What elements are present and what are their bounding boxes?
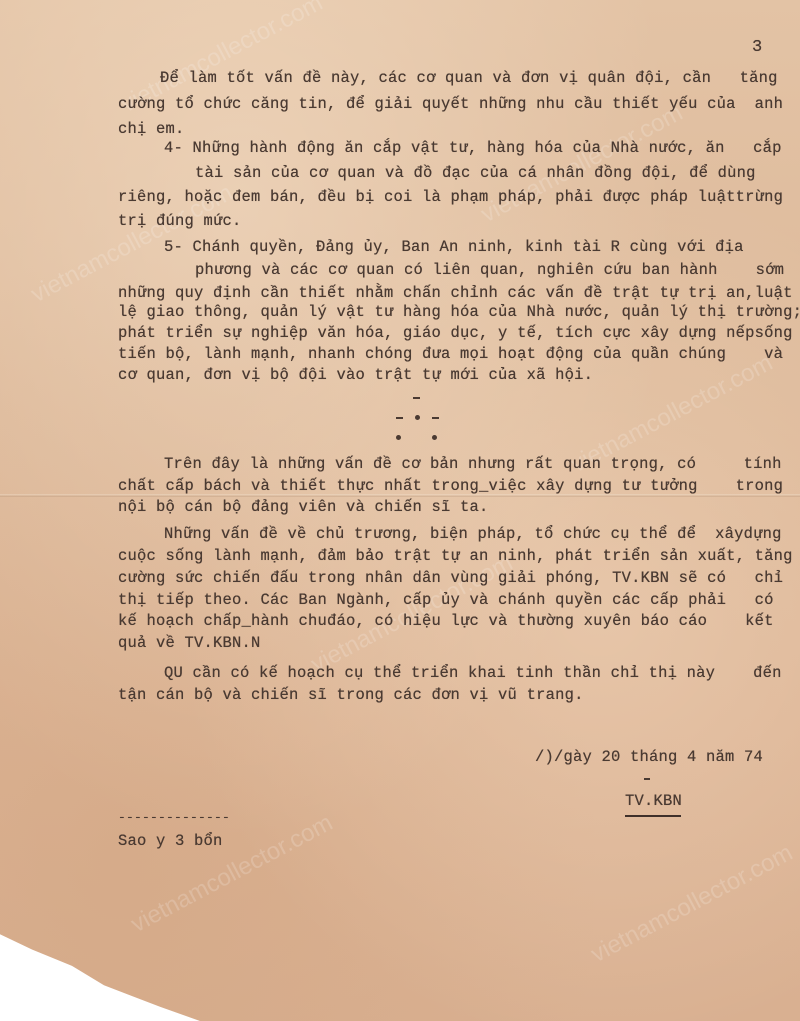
text-line: phát triển sự nghiệp văn hóa, giáo dục, …: [118, 324, 793, 342]
text-line: cường sức chiến đấu trong nhân dân vùng …: [118, 569, 783, 587]
text-line: QU cần có kế hoạch cụ thể triển khai tin…: [164, 664, 782, 682]
text-line: tài sản của cơ quan và đồ đạc của cá nhâ…: [195, 164, 756, 182]
text-line: cơ quan, đơn vị bộ đội vào trật tự mới c…: [118, 366, 593, 384]
dash-separator: --------------: [118, 810, 230, 825]
copy-note: Sao y 3 bổn: [118, 832, 223, 850]
signatory: TV.KBN: [625, 792, 682, 810]
text-line: lệ giao thông, quản lý vật tư hàng hóa c…: [118, 303, 800, 321]
paragraph-directive: QU cần có kế hoạch cụ thể triển khai tin…: [0, 0, 19, 54]
text-line: trị đúng mức.: [118, 212, 242, 230]
text-line: quả về TV.KBN.N: [118, 634, 261, 652]
text-line: 5- Chánh quyền, Đảng ủy, Ban An ninh, ki…: [164, 238, 744, 256]
text-line: kế hoạch chấp_hành chuđáo, có hiệu lực v…: [118, 612, 774, 630]
text-line: tận cán bộ và chiến sĩ trong các đơn vị …: [118, 686, 584, 704]
date-line: /)/gày 20 tháng 4 năm 74: [535, 748, 763, 766]
text-line: chị em.: [118, 120, 185, 138]
text-line: cường tổ chức căng tin, để giải quyết nh…: [118, 95, 783, 113]
text-line: 4- Những hành động ăn cắp vật tư, hàng h…: [164, 139, 782, 157]
text-line: nội bộ cán bộ đảng viên và chiến sĩ ta.: [118, 498, 489, 516]
text-line: những quy định cần thiết nhằm chấn chỉnh…: [118, 284, 793, 302]
text-line: Những vấn đề về chủ trương, biện pháp, t…: [164, 525, 782, 543]
text-line: tiến bộ, lành mạnh, nhanh chóng đưa mọi …: [118, 345, 783, 363]
text-line: chất cấp bách và thiết thực nhất trong_v…: [118, 477, 783, 495]
signatory-underline: [625, 815, 681, 817]
text-line: cuộc sống lành mạnh, đảm bảo trật tự an …: [118, 547, 793, 565]
text-line: Trên đây là những vấn đề cơ bản nhưng rấ…: [164, 455, 782, 473]
signature-dash: [644, 778, 650, 780]
text-line: phương và các cơ quan có liên quan, nghi…: [195, 261, 784, 279]
text-line: riêng, hoặc đem bán, đều bị coi là phạm …: [118, 188, 783, 206]
text-line: Để làm tốt vấn đề này, các cơ quan và đơ…: [160, 69, 778, 87]
text-line: thị tiếp theo. Các Ban Ngành, cấp ủy và …: [118, 591, 774, 609]
page-number: 3: [752, 38, 762, 57]
